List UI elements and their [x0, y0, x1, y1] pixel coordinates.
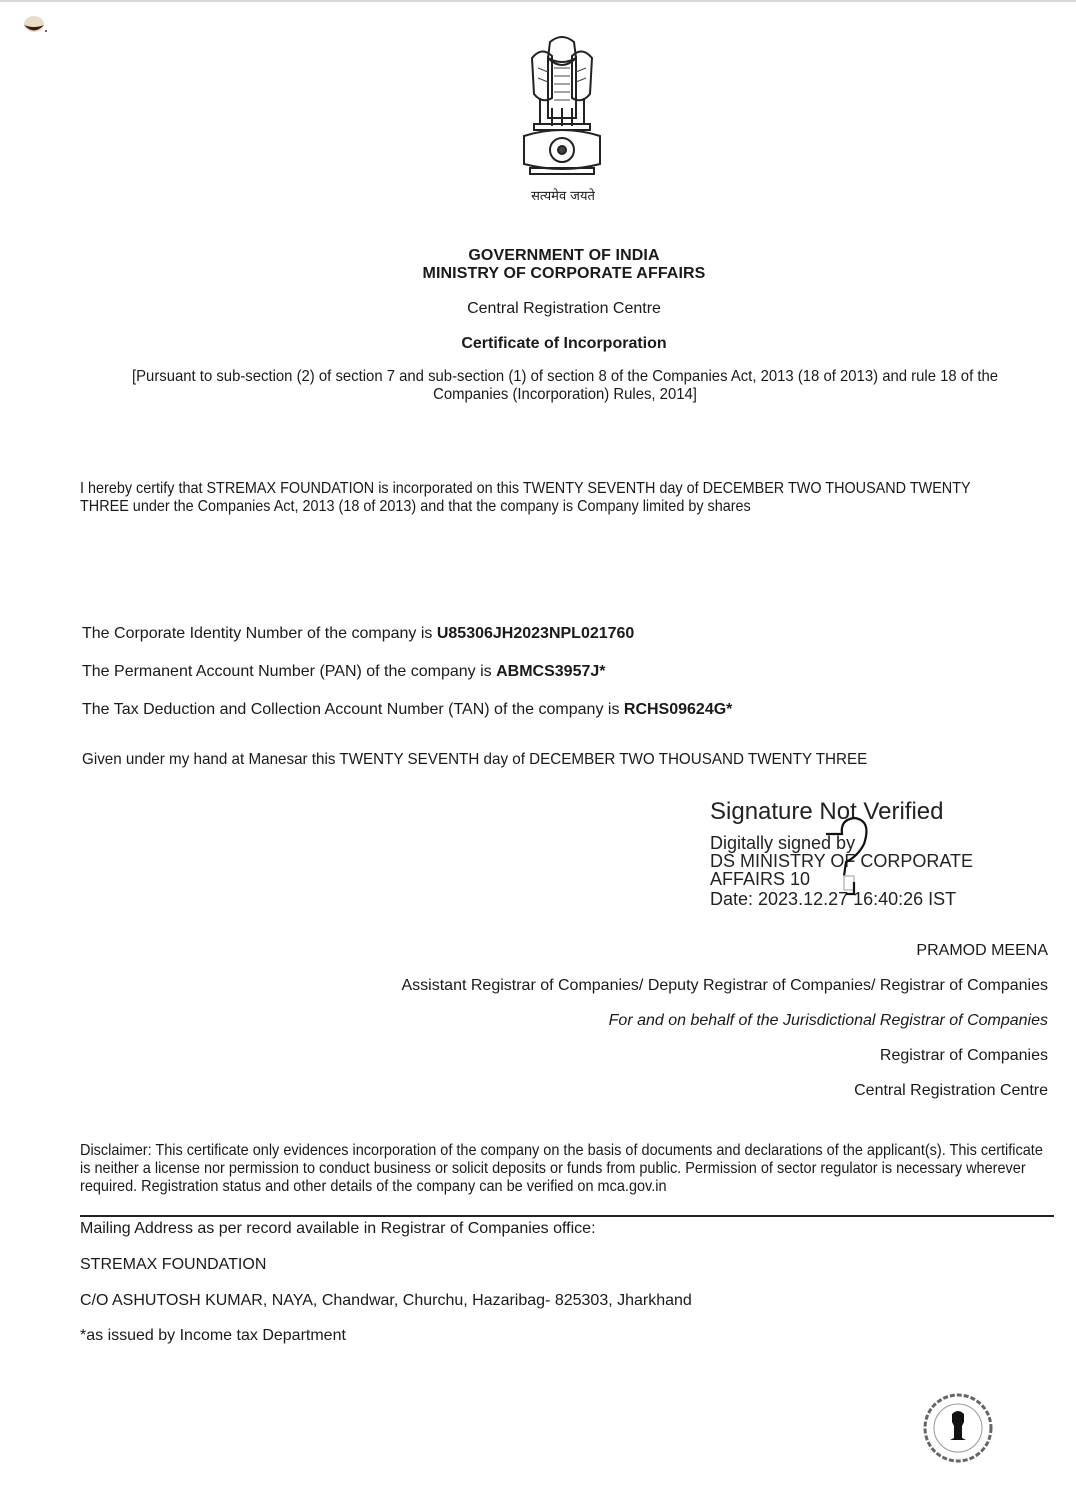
tan-value: RCHS09624G* [624, 701, 733, 718]
national-emblem-icon [512, 28, 612, 188]
registration-centre: Central Registration Centre [854, 1082, 1048, 1100]
pan-tan-footnote: *as issued by Income tax Department [80, 1327, 346, 1345]
divider [80, 1215, 1054, 1217]
tan-label: The Tax Deduction and Collection Account… [82, 701, 624, 718]
corner-stamp-icon [22, 14, 48, 36]
mailing-company-name: STREMAX FOUNDATION [80, 1256, 266, 1274]
pan-line: The Permanent Account Number (PAN) of th… [82, 663, 606, 681]
centre-subheading: Central Registration Centre [300, 300, 828, 318]
cin-value: U85306JH2023NPL021760 [437, 625, 634, 642]
tan-line: The Tax Deduction and Collection Account… [82, 701, 732, 719]
cin-label: The Corporate Identity Number of the com… [82, 625, 437, 642]
disclaimer-text: Disclaimer: This certificate only eviden… [80, 1142, 1053, 1196]
digital-signature-block: Signature Not Verified Digitally signed … [710, 798, 1040, 908]
emblem-motto: सत्यमेव जयते [500, 186, 626, 204]
top-border [0, 0, 1076, 2]
registrar-office: Registrar of Companies [880, 1047, 1048, 1065]
government-heading: GOVERNMENT OF INDIA [300, 247, 828, 265]
certificate-title: Certificate of Incorporation [300, 335, 828, 353]
ministry-heading: MINISTRY OF CORPORATE AFFAIRS [300, 265, 828, 283]
mca-seal-icon [918, 1392, 998, 1464]
behalf-line: For and on behalf of the Jurisdictional … [609, 1012, 1048, 1030]
mailing-heading: Mailing Address as per record available … [80, 1220, 596, 1238]
certification-paragraph: I hereby certify that STREMAX FOUNDATION… [80, 480, 1016, 516]
mailing-address: C/O ASHUTOSH KUMAR, NAYA, Chandwar, Chur… [80, 1292, 692, 1310]
pan-value: ABMCS3957J* [496, 663, 605, 680]
cin-line: The Corporate Identity Number of the com… [82, 625, 634, 643]
signatory-designation: Assistant Registrar of Companies/ Deputy… [402, 977, 1049, 995]
pan-label: The Permanent Account Number (PAN) of th… [82, 663, 496, 680]
signatory-name: PRAMOD MEENA [916, 942, 1048, 960]
given-under-hand-line: Given under my hand at Manesar this TWEN… [82, 751, 867, 769]
question-mark-icon [820, 816, 880, 900]
pursuant-clause: [Pursuant to sub-section (2) of section … [114, 368, 1016, 404]
